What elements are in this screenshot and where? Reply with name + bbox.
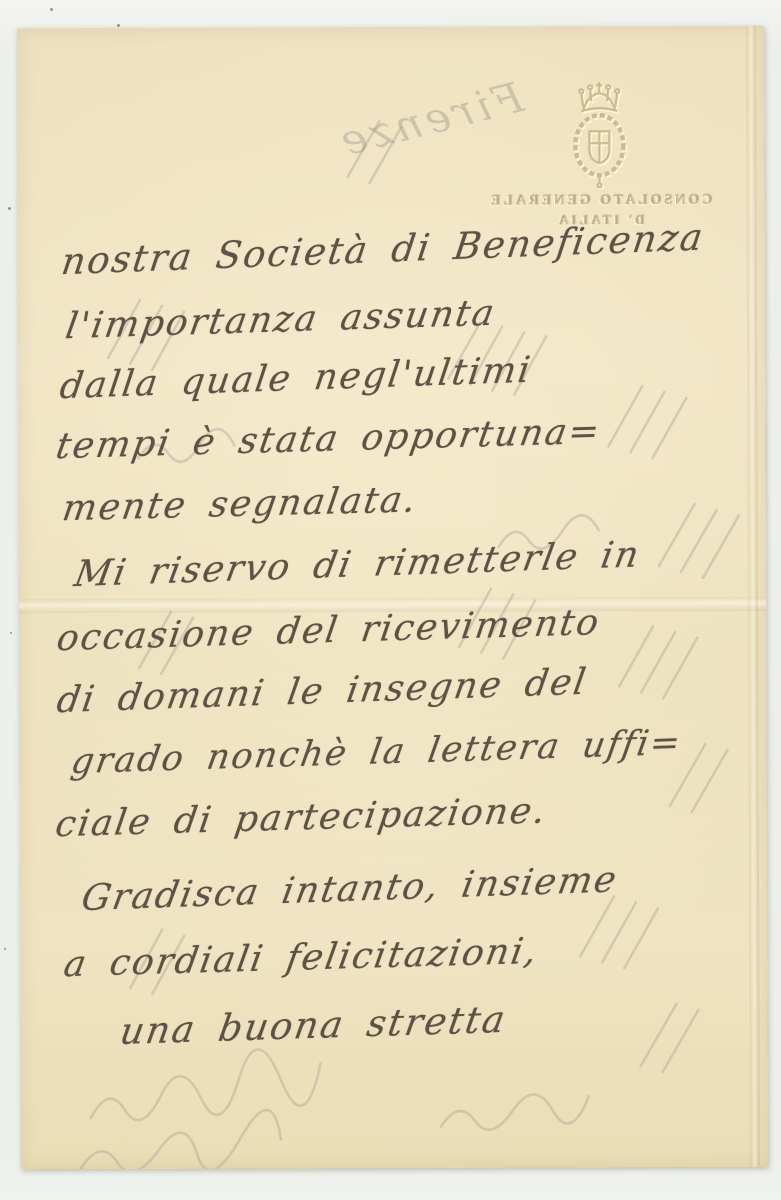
consulate-savoy-crest-icon (551, 81, 647, 189)
handwriting-line: grado nonchè la lettera uffi= (68, 723, 685, 782)
handwriting-line: una buona stretta (117, 998, 510, 1053)
dust-speck (8, 207, 11, 210)
dust-speck (50, 8, 53, 11)
handwriting-line: occasione del ricevimento (54, 602, 603, 659)
dust-speck (4, 948, 6, 950)
letterhead: CONSOLATO GENERALE D' ITALIA (479, 81, 720, 229)
handwriting-line: Mi riservo di rimetterle in (71, 534, 643, 595)
handwriting-line: l'importanza assunta (63, 293, 499, 348)
letter-paper: Firenze (17, 26, 768, 1170)
dust-speck (10, 632, 12, 634)
handwriting-line: nostra Società di Beneficenza (59, 215, 707, 283)
handwriting-line: di domani le insegne del (54, 662, 590, 722)
handwriting-line: dalla quale negl'ultimi (57, 350, 534, 408)
handwriting-line: mente segnalata. (60, 479, 421, 529)
letterhead-title: CONSOLATO GENERALE (480, 193, 720, 210)
handwriting-line: ciale di partecipazione. (53, 790, 550, 845)
vertical-fold-crease (746, 26, 760, 1167)
handwriting-line: Gradisca intanto, insieme (78, 859, 621, 919)
dust-speck (117, 24, 120, 27)
scanned-letter-page: Firenze (0, 0, 781, 1200)
handwriting-line: tempi è stata opportuna= (53, 411, 604, 467)
handwriting-line: a cordiali felicitazioni, (61, 931, 542, 985)
